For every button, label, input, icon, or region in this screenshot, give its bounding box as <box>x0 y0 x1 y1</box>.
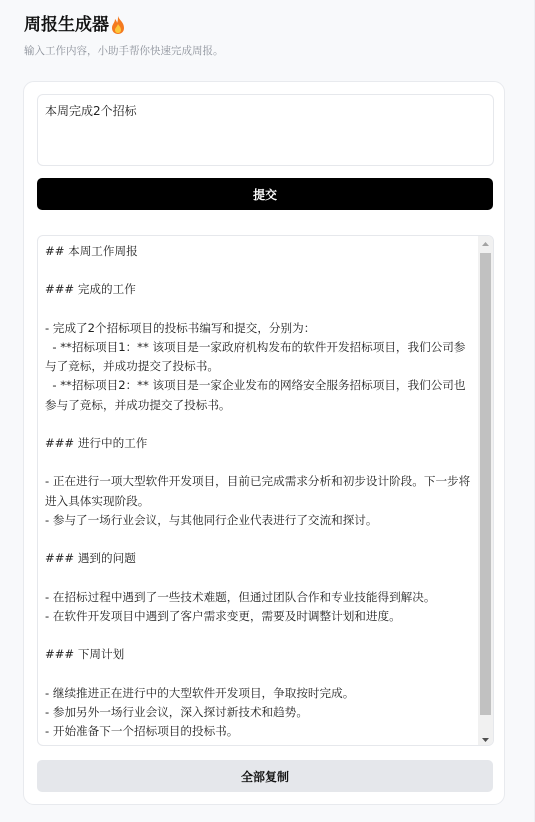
generator-card: 本周完成2个招标 提交 ## 本周工作周报 ### 完成的工作 - 完成了2个招… <box>23 81 505 805</box>
scroll-down-button[interactable] <box>478 732 493 746</box>
page-subtitle: 输入工作内容，小助手帮你快速完成周报。 <box>24 44 224 58</box>
work-content-input[interactable]: 本周完成2个招标 <box>37 94 494 166</box>
report-output[interactable]: ## 本周工作周报 ### 完成的工作 - 完成了2个招标项目的投标书编写和提交… <box>37 235 494 746</box>
caret-up-icon <box>482 242 489 246</box>
scroll-up-button[interactable] <box>478 236 493 251</box>
scrollbar-thumb[interactable] <box>480 253 491 715</box>
submit-button[interactable]: 提交 <box>37 178 493 210</box>
page-title: 周报生成器 <box>24 14 224 36</box>
fire-icon <box>110 15 126 35</box>
output-scrollbar[interactable] <box>478 236 493 746</box>
copy-all-button[interactable]: 全部复制 <box>37 760 493 792</box>
caret-down-icon <box>482 738 489 742</box>
report-output-text[interactable]: ## 本周工作周报 ### 完成的工作 - 完成了2个招标项目的投标书编写和提交… <box>38 236 480 746</box>
page-title-text: 周报生成器 <box>24 14 109 36</box>
header: 周报生成器 输入工作内容，小助手帮你快速完成周报。 <box>24 14 224 58</box>
